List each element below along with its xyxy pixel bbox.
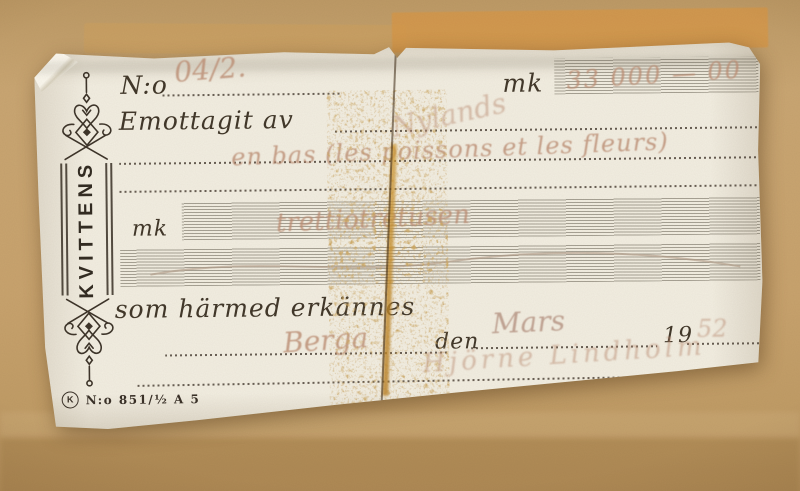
sidebar-rail — [105, 163, 108, 295]
mk-mid-label: mk — [132, 218, 168, 240]
sidebar-rail — [110, 163, 113, 295]
no-label: N:o — [120, 72, 168, 97]
cardboard-bottom-band — [0, 438, 800, 491]
serial-footer: K N:o 851/½ A 5 — [62, 390, 201, 408]
mk-top-label: mk — [502, 70, 543, 95]
dotted-line-no — [162, 93, 342, 97]
ornament-top-icon — [53, 71, 118, 164]
dotted-line-4 — [120, 184, 760, 193]
kvittens-sidebar: KVITTENS — [52, 71, 121, 388]
note-handwriting: en bas (les poissons et les fleurs) — [231, 129, 669, 169]
amount-words-hatch-band — [182, 196, 760, 240]
received-label: Emottagit av — [119, 107, 294, 134]
no-value-handwriting: 04/2. — [173, 53, 247, 87]
ornament-bottom-icon — [56, 295, 121, 388]
sidebar-rail — [65, 163, 68, 295]
photo-scene: KVITTENS — [0, 0, 800, 491]
serial-number: N:o 851/½ A 5 — [86, 392, 201, 407]
sidebar-rail — [60, 164, 63, 296]
acknowledge-label: som härmed erkännes — [115, 294, 416, 322]
pen-flourish — [120, 242, 760, 287]
receipt-paper: KVITTENS — [34, 40, 764, 434]
place-handwriting: Berga — [282, 324, 369, 357]
kvittens-title: KVITTENS — [75, 160, 99, 299]
receipt-paper-wrap: KVITTENS — [36, 44, 762, 430]
month-handwriting: Mars — [491, 307, 565, 338]
circle-k-mark-icon: K — [62, 391, 79, 408]
